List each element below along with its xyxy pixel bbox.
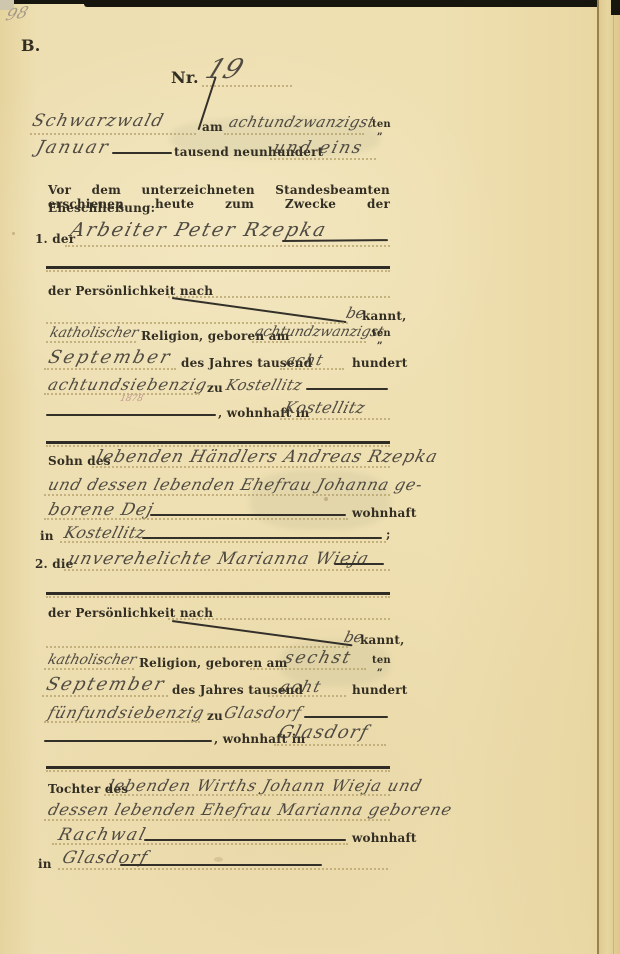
birth-day-entry-1: achtundzwanzigst xyxy=(253,324,385,340)
hundert-label-2: hundert xyxy=(352,683,407,697)
birthday-blank-1 xyxy=(252,341,366,343)
birth-year-entry-1a: acht xyxy=(284,351,326,369)
hundert-label-1: hundert xyxy=(352,356,407,370)
zu-label-2: zu xyxy=(207,709,223,723)
religion-blank-1 xyxy=(46,341,136,343)
persoenlichkeit-blank-1a xyxy=(168,296,390,298)
in-label-2: in xyxy=(38,857,52,871)
ink-strike xyxy=(306,388,388,390)
section-rule xyxy=(46,592,390,595)
rule-dotted-shadow xyxy=(46,596,390,598)
groom-name-entry: Arbeiter Peter Rzepka xyxy=(68,219,330,241)
birth-year-entry-1b: achtundsiebenzig xyxy=(46,375,210,394)
suffix-ten-alt-2: „ xyxy=(377,662,383,673)
religion-entry-1: katholischer xyxy=(48,325,140,341)
birth-place-entry-1: Kostellitz xyxy=(224,376,305,394)
registration-month-entry: Januar xyxy=(34,137,112,158)
kannt-label-1: kannt, xyxy=(362,309,406,323)
birth-day-entry-2: sechst xyxy=(282,648,354,668)
zu-label-1: zu xyxy=(207,381,223,395)
residence-entry-2: Glasdorf xyxy=(276,722,371,743)
birth-year-entry-2b: fünfundsiebenzig xyxy=(46,703,207,722)
birth-year-pencil-note: 1878 xyxy=(119,394,144,404)
ink-strike xyxy=(112,152,172,154)
descent-blank-2b xyxy=(44,819,390,821)
birth-place-entry-2: Glasdorf xyxy=(222,703,304,722)
residence-entry-1: Kostellitz xyxy=(282,398,368,417)
name-blank-2 xyxy=(64,569,390,571)
month-blank-2 xyxy=(42,695,168,697)
suffix-ten-alt-1: „ xyxy=(377,335,383,346)
semicolon-1: ; xyxy=(386,527,391,541)
descent-entry-2a: lebenden Wirths Johann Wieja und xyxy=(106,776,425,795)
scanned-marriage-record-page: 98 B. Nr. 19 Schwarzwald am achtundzwanz… xyxy=(0,0,620,954)
diagonal-strike xyxy=(172,620,353,646)
descent-blank-1b xyxy=(44,494,390,496)
foxing-spot xyxy=(214,857,223,862)
binding-nub-top-right xyxy=(611,0,620,15)
record-number-label: Nr. xyxy=(171,68,199,87)
descent-blank-1a xyxy=(92,466,390,468)
next-page-edge-strip xyxy=(597,0,620,954)
ink-strike xyxy=(46,414,216,416)
year-blank xyxy=(270,158,376,160)
wohnhaft-label-1: wohnhaft xyxy=(352,506,417,520)
birth-month-entry-1: September xyxy=(46,347,174,368)
foxing-spot xyxy=(324,497,328,501)
descent-blank-2a xyxy=(104,794,390,796)
registration-day-entry: achtundzwanzigst xyxy=(227,113,377,131)
descent-blank-2c xyxy=(52,843,348,845)
place-blank xyxy=(30,133,196,135)
section-letter: B. xyxy=(21,36,41,55)
parents-residence-blank-2 xyxy=(58,868,388,870)
record-number-blank xyxy=(202,85,292,87)
parents-residence-entry-1: Kostellitz xyxy=(62,523,148,542)
descent-blank-1c xyxy=(44,518,348,520)
descent-entry-1b: und dessen lebenden Ehefrau Johanna ge- xyxy=(46,475,425,494)
section-rule xyxy=(46,441,390,444)
descent-entry-2c: Rachwal xyxy=(56,825,149,845)
day-blank xyxy=(224,133,364,135)
ink-strike xyxy=(150,514,346,516)
ink-strike xyxy=(282,239,388,242)
rule-dotted-shadow xyxy=(46,270,390,272)
registration-year-entry: und eins xyxy=(271,138,366,158)
section-rule xyxy=(46,766,390,769)
descent-entry-1c: borene Dej xyxy=(46,500,156,520)
suffix-ten-alt: „ xyxy=(377,126,383,137)
religion-blank-2 xyxy=(44,668,134,670)
next-page-edge-line xyxy=(613,0,614,954)
month-blank-1 xyxy=(44,368,176,370)
section-rule xyxy=(46,266,390,269)
ink-strike xyxy=(304,716,388,718)
date-label-am: am xyxy=(202,120,223,134)
in-label-1: in xyxy=(40,529,54,543)
yearword2-blank-2 xyxy=(44,721,200,723)
kannt-label-2: kannt, xyxy=(360,633,404,647)
ink-strike xyxy=(142,537,382,539)
persoenlichkeit-blank-2a xyxy=(168,618,390,620)
ink-strike xyxy=(144,839,346,841)
birthday-blank-2 xyxy=(250,668,366,670)
name-blank-1 xyxy=(65,245,390,247)
descent-entry-1a: lebenden Händlers Andreas Rzepka xyxy=(94,447,440,467)
residence-blank-2 xyxy=(274,744,386,746)
diagonal-strike xyxy=(172,297,347,323)
ink-strike xyxy=(120,864,322,866)
record-number-value: 19 xyxy=(201,54,248,85)
registration-place-entry: Schwarzwald xyxy=(30,111,167,131)
book-gutter-shadow-top-thick xyxy=(84,0,620,7)
birth-year-entry-2a: acht xyxy=(278,677,324,696)
residence-blank-1 xyxy=(280,418,390,420)
birth-month-entry-2: September xyxy=(44,674,168,695)
descent-entry-2b: dessen lebenden Ehefrau Marianna geboren… xyxy=(46,800,454,819)
bride-name-entry: unverehelichte Marianna Wieja xyxy=(66,549,372,569)
rule-dotted-shadow xyxy=(46,770,390,772)
parents-residence-blank-1 xyxy=(60,541,386,543)
ink-strike xyxy=(44,740,212,742)
preamble-line-2: Eheschließung: xyxy=(48,201,155,215)
ink-strike xyxy=(334,563,384,565)
foxing-spot xyxy=(12,232,15,235)
wohnhaft-label-2: wohnhaft xyxy=(352,831,417,845)
religion-entry-2: katholischer xyxy=(46,652,138,668)
